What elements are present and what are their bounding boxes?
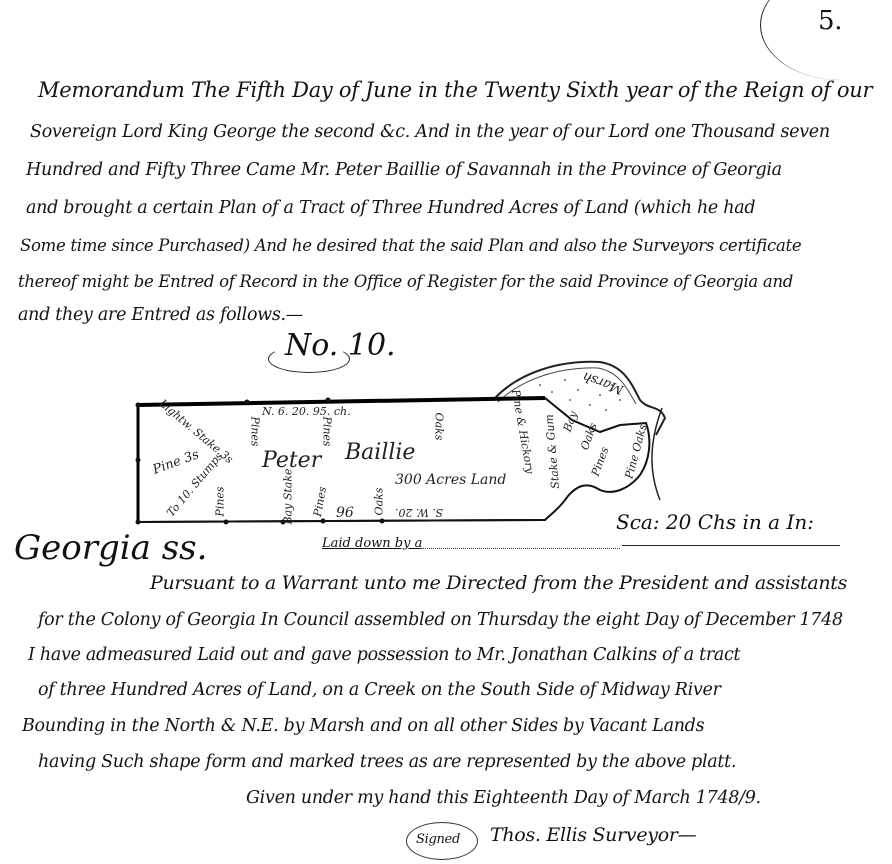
certificate-line: I have admeasured Laid out and gave poss… [28, 645, 740, 665]
plat-tree-mark: Oaks [372, 488, 385, 516]
certificate-line: Bounding in the North & N.E. by Marsh an… [22, 716, 704, 736]
certificate-heading: Georgia ss. [14, 528, 207, 568]
certificate-line: for the Colony of Georgia In Council ass… [38, 610, 843, 630]
surveyor-signature: Thos. Ellis Surveyor— [490, 824, 696, 846]
plat-acreage: 300 Acres Land [395, 472, 506, 488]
certificate-line: Pursuant to a Warrant unto me Directed f… [150, 572, 847, 594]
certificate-line: of three Hundred Acres of Land, on a Cre… [38, 680, 721, 700]
certificate-line: having Such shape form and marked trees … [38, 752, 736, 772]
plat-laid-down: Laid down by a [322, 536, 422, 551]
plat-owner-last: Baillie [345, 440, 415, 465]
plat-tree-mark: Pines [249, 416, 262, 446]
plat-scale-underline [622, 545, 840, 546]
plat-top-bearing: N. 6. 20. 95. ch. [262, 405, 351, 418]
plat-laid-down-dots [420, 548, 620, 549]
plat-tree-mark: Oaks [432, 413, 445, 441]
plat-tree-mark: Bay Stake [282, 468, 295, 524]
plat-tree-mark: Pines [214, 486, 227, 516]
plat-bottom-distance: 96 [336, 505, 354, 521]
plat-bottom-bearing: S. W. 20. [395, 506, 443, 519]
signed-label: Signed [416, 832, 460, 847]
certificate-given-line: Given under my hand this Eighteenth Day … [246, 788, 761, 808]
plat-tree-mark: Pines [321, 416, 334, 446]
plat-scale: Sca: 20 Chs in a In: [616, 510, 814, 534]
